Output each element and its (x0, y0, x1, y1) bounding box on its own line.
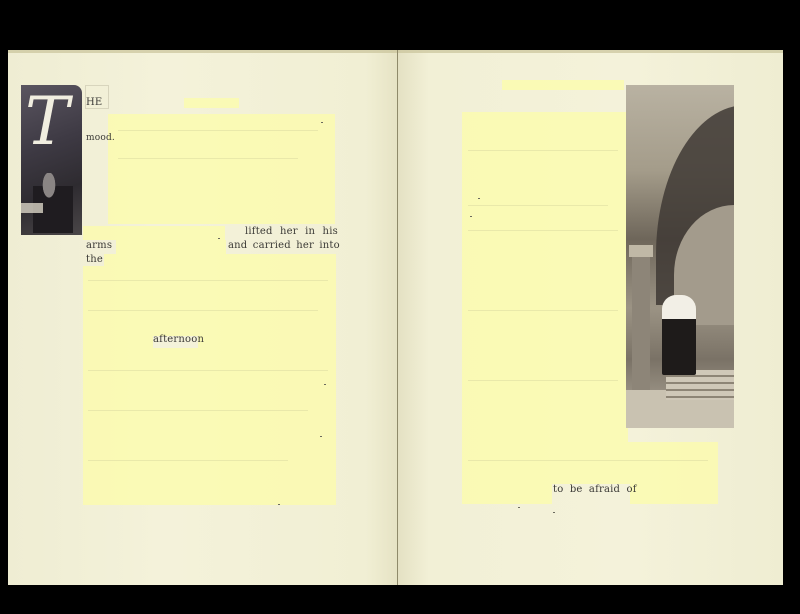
page-top-edge (8, 50, 397, 53)
phrase-and-carried-her-into: and carried her into (228, 240, 340, 251)
illuminated-drop-cap-icon: T (21, 85, 82, 235)
word-arms: arms (86, 240, 112, 251)
erasure-highlight (502, 80, 624, 90)
text-residue (118, 130, 318, 131)
gothic-arch-monk-photo-icon (626, 85, 734, 428)
text-residue (468, 380, 618, 381)
ink-fleck (553, 512, 555, 513)
erasure-highlight (83, 336, 153, 348)
left-page: T HE mood. lifted her in his arms and ca… (8, 50, 397, 585)
erasure-highlight (83, 226, 225, 240)
text-residue (468, 150, 618, 151)
ink-fleck (518, 507, 520, 508)
erasure-highlight (83, 266, 336, 336)
ink-fleck (321, 122, 323, 123)
erasure-highlight (462, 484, 552, 504)
text-residue (88, 310, 318, 311)
ink-fleck (278, 504, 280, 505)
ink-fleck (320, 436, 322, 437)
text-residue (118, 158, 298, 159)
hooded-monk-figure (662, 295, 696, 375)
page-top-edge (398, 50, 783, 53)
erasure-highlight (462, 442, 718, 484)
ink-fleck (324, 384, 326, 385)
book-spread: T HE mood. lifted her in his arms and ca… (8, 50, 783, 585)
erasure-highlight (184, 98, 239, 108)
erasure-highlight (198, 336, 336, 348)
text-residue (88, 460, 288, 461)
text-residue (468, 310, 618, 311)
word-afternoon: afternoon (153, 334, 204, 345)
text-residue (468, 460, 708, 461)
phrase-to-be-afraid-of: to be afraid of (553, 484, 637, 495)
erasure-highlight (104, 254, 336, 266)
word-he: HE (86, 97, 102, 108)
erasure-highlight (116, 240, 226, 254)
erasure-highlight (462, 112, 628, 442)
right-page: to be afraid of (398, 50, 783, 585)
window-sill-illustration (21, 203, 43, 213)
text-residue (468, 205, 608, 206)
ink-fleck (478, 198, 480, 199)
word-the: the (86, 254, 103, 265)
ink-fleck (470, 216, 472, 217)
text-residue (88, 280, 328, 281)
text-residue (88, 370, 328, 371)
erasure-highlight (83, 348, 336, 505)
phrase-lifted-her-in-his: lifted her in his (245, 226, 338, 237)
erasure-highlight (630, 484, 718, 504)
text-residue (88, 410, 308, 411)
ink-fleck (218, 238, 220, 239)
pillar-capital (629, 245, 653, 257)
word-mood: mood. (86, 133, 115, 143)
text-residue (468, 230, 618, 231)
drop-cap-letter: T (25, 89, 69, 155)
